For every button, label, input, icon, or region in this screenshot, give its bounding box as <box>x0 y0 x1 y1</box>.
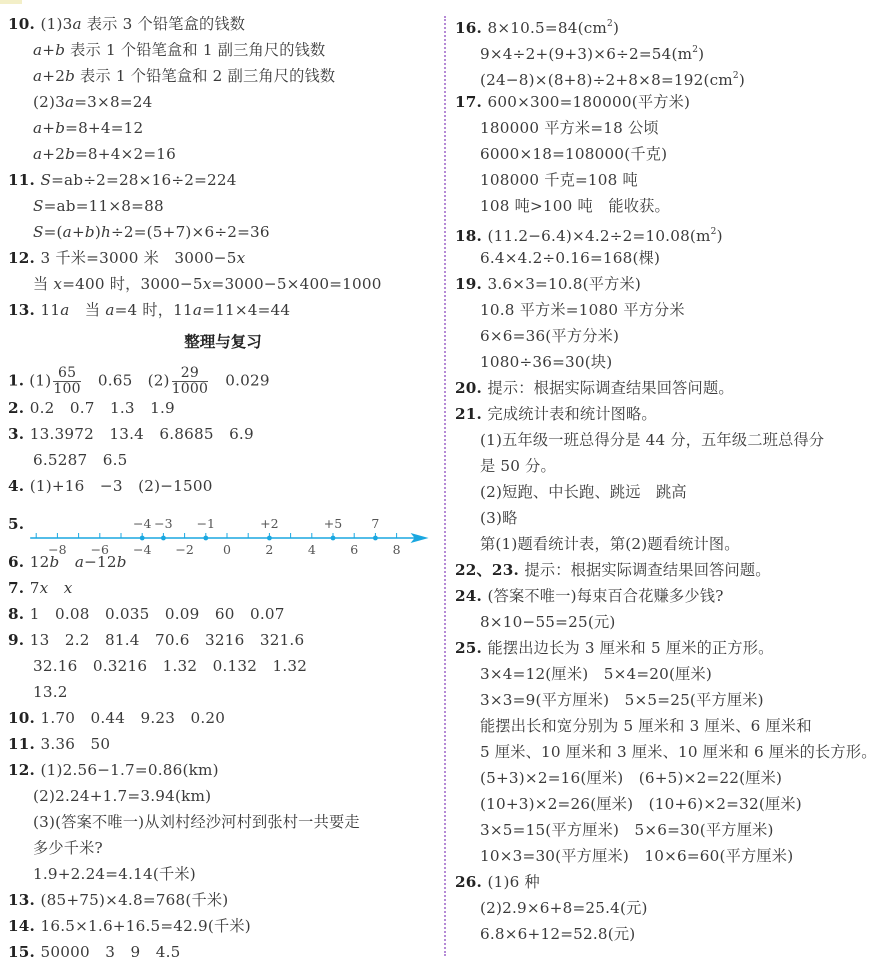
question-number: 26. <box>455 873 488 891</box>
answer-text: (2)2.24+1.7=3.94(km) <box>33 787 211 805</box>
answer-text: 32.16 0.3216 1.32 0.132 1.32 <box>33 657 307 675</box>
answer-text: 多少千米? <box>33 839 103 857</box>
answer-line: 是 50 分。 <box>480 456 556 476</box>
question-number: 2. <box>8 399 30 417</box>
answer-line: 6.8×6+12=52.8(元) <box>480 924 635 944</box>
answer-line: 多少千米? <box>33 838 103 858</box>
section-heading: 整理与复习 <box>8 330 438 352</box>
answer-text: 108 吨>100 吨 能收获。 <box>480 197 670 215</box>
question-number: 17. <box>455 93 488 111</box>
answer-text: S=ab=11×8=88 <box>33 197 164 215</box>
answer-text: a+b 表示 1 个铅笔盒和 1 副三角尺的钱数 <box>33 41 325 59</box>
question-number: 12. <box>8 761 41 779</box>
answer-line: 12. 3 千米=3000 米 3000−5x <box>8 248 245 268</box>
answer-text: (5+3)×2=16(厘米) (6+5)×2=22(厘米) <box>480 769 782 787</box>
answer-text: 11a 当 a=4 时，11a=11×4=44 <box>41 301 291 319</box>
answer-text: 第(1)题看统计表，第(2)题看统计图。 <box>480 535 740 553</box>
question-number: 13. <box>8 891 41 909</box>
svg-text:−1: −1 <box>197 516 215 531</box>
answer-text: (11.2−6.4)×4.2÷2=10.08(m2) <box>488 227 723 245</box>
answer-text: (3)略 <box>480 509 518 527</box>
question-number: 15. <box>8 943 41 961</box>
answer-text: 16.5×1.6+16.5=42.9(千米) <box>41 917 251 935</box>
answer-line: (2)2.9×6+8=25.4(元) <box>480 898 648 918</box>
svg-text:−3: −3 <box>154 516 172 531</box>
answer-line: 11. 3.36 50 <box>8 734 110 754</box>
question-number: 25. <box>455 639 488 657</box>
question-number: 19. <box>455 275 488 293</box>
answer-line: 1080÷36=30(块) <box>480 352 612 372</box>
answer-text: 提示：根据实际调查结果回答问题。 <box>524 561 770 579</box>
answer-text: 50000 3 9 4.5 <box>41 943 181 961</box>
answer-text: 1080÷36=30(块) <box>480 353 612 371</box>
answer-line: 5 厘米、10 厘米和 3 厘米、10 厘米和 6 厘米的长方形。 <box>480 742 877 762</box>
answer-text: 8×10−55=25(元) <box>480 613 615 631</box>
answer-line: (1)五年级一班总得分是 44 分，五年级二班总得分 <box>480 430 824 450</box>
answer-text: 0.2 0.7 1.3 1.9 <box>30 399 175 417</box>
answer-text: 6.5287 6.5 <box>33 451 127 469</box>
answer-line: 第(1)题看统计表，第(2)题看统计图。 <box>480 534 740 554</box>
answer-text: 10×3=30(平方厘米) 10×6=60(平方厘米) <box>480 847 793 865</box>
answer-text: 180000 平方米=18 公顷 <box>480 119 659 137</box>
answer-line: 32.16 0.3216 1.32 0.132 1.32 <box>33 656 307 676</box>
question-number: 6. <box>8 553 30 571</box>
answer-text: 9×4÷2+(9+3)×6÷2=54(m2) <box>480 45 704 63</box>
answer-text: 12b a−12b <box>30 553 127 571</box>
question-number: 8. <box>8 605 30 623</box>
answer-text: (3)(答案不唯一)从刘村经沙河村到张村一共要走 <box>33 813 360 831</box>
answer-line: a+b=8+4=12 <box>33 118 143 138</box>
answer-text: 6000×18=108000(千克) <box>480 145 667 163</box>
answer-line: a+2b=8+4×2=16 <box>33 144 176 164</box>
fraction-29-1000: 291000 <box>172 366 208 397</box>
answer-text: (1)+16 −3 (2)−1500 <box>30 477 213 495</box>
answer-text: 1.70 0.44 9.23 0.20 <box>41 709 226 727</box>
answer-text: (1)6 种 <box>488 873 540 891</box>
answer-line: a+b 表示 1 个铅笔盒和 1 副三角尺的钱数 <box>33 40 325 60</box>
answer-text: 是 50 分。 <box>480 457 556 475</box>
answer-line: 6. 12b a−12b <box>8 552 127 572</box>
question-number: 10. <box>8 15 41 33</box>
question-number: 7. <box>8 579 30 597</box>
answer-line: 10×3=30(平方厘米) 10×6=60(平方厘米) <box>480 846 793 866</box>
svg-text:−4: −4 <box>133 542 151 557</box>
answer-line: S=ab=11×8=88 <box>33 196 164 216</box>
answer-line: 3×5=15(平方厘米) 5×6=30(平方厘米) <box>480 820 774 840</box>
answer-text: 1 0.08 0.035 0.09 60 0.07 <box>30 605 285 623</box>
answer-text: (2)3a=3×8=24 <box>33 93 152 111</box>
answer-line: 4. (1)+16 −3 (2)−1500 <box>8 476 213 496</box>
answer-text: (24−8)×(8+8)÷2+8×8=192(cm2) <box>480 71 745 89</box>
answer-line: 15. 50000 3 9 4.5 <box>8 942 180 962</box>
answer-text: 3.36 50 <box>41 735 111 753</box>
question-number: 18. <box>455 227 488 245</box>
answer-line: 16. 8×10.5=84(cm2) <box>455 14 619 38</box>
answer-line: 10. 1.70 0.44 9.23 0.20 <box>8 708 225 728</box>
question-number: 13. <box>8 301 41 319</box>
answer-text: (10+3)×2=26(厘米) (10+6)×2=32(厘米) <box>480 795 802 813</box>
answer-line: (5+3)×2=16(厘米) (6+5)×2=22(厘米) <box>480 768 782 788</box>
question-number: 10. <box>8 709 41 727</box>
answer-line: 14. 16.5×1.6+16.5=42.9(千米) <box>8 916 251 936</box>
question-number: 14. <box>8 917 41 935</box>
page-corner-mark <box>0 0 22 4</box>
answer-text: 5 厘米、10 厘米和 3 厘米、10 厘米和 6 厘米的长方形。 <box>480 743 877 761</box>
column-divider <box>444 16 446 956</box>
answer-text: 3×3=9(平方厘米) 5×5=25(平方厘米) <box>480 691 764 709</box>
answer-text: 6.8×6+12=52.8(元) <box>480 925 635 943</box>
answer-line: 3. 13.3972 13.4 6.8685 6.9 <box>8 424 254 444</box>
answer-text: 6×6=36(平方分米) <box>480 327 619 345</box>
answer-line: 3×4=12(厘米) 5×4=20(厘米) <box>480 664 712 684</box>
answer-text: a+2b=8+4×2=16 <box>33 145 176 163</box>
answer-text: 3×5=15(平方厘米) 5×6=30(平方厘米) <box>480 821 774 839</box>
answer-line: 18. (11.2−6.4)×4.2÷2=10.08(m2) <box>455 222 723 246</box>
answer-text: 6.4×4.2÷0.16=168(棵) <box>480 249 660 267</box>
answer-text: 13.3972 13.4 6.8685 6.9 <box>30 425 254 443</box>
svg-text:8: 8 <box>393 542 401 557</box>
answer-line: 180000 平方米=18 公顷 <box>480 118 659 138</box>
svg-text:2: 2 <box>265 542 273 557</box>
answer-text: 能摆出长和宽分别为 5 厘米和 3 厘米、6 厘米和 <box>480 717 812 735</box>
answer-line: 108000 千克=108 吨 <box>480 170 638 190</box>
answer-line: 7. 7x x <box>8 578 73 598</box>
review-question-1: 1. (1)65100 0.65 (2)291000 0.029 <box>8 366 270 397</box>
answer-line: 1.9+2.24=4.14(千米) <box>33 864 196 884</box>
svg-text:+5: +5 <box>324 516 342 531</box>
answer-line: 11. S=ab÷2=28×16÷2=224 <box>8 170 237 190</box>
answer-line: 10. (1)3a 表示 3 个铅笔盒的钱数 <box>8 14 245 34</box>
answer-text: (1)五年级一班总得分是 44 分，五年级二班总得分 <box>480 431 824 449</box>
answer-line: (3)略 <box>480 508 518 528</box>
question-number: 21. <box>455 405 488 423</box>
question-number: 12. <box>8 249 41 267</box>
answer-line: 13.2 <box>33 682 68 702</box>
svg-text:0: 0 <box>223 542 231 557</box>
answer-line: 21. 完成统计表和统计图略。 <box>455 404 657 424</box>
answer-text: 1.9+2.24=4.14(千米) <box>33 865 196 883</box>
svg-text:+2: +2 <box>260 516 278 531</box>
svg-text:4: 4 <box>308 542 316 557</box>
answer-text: 当 x=400 时，3000−5x=3000−5×400=1000 <box>33 275 382 293</box>
answer-text: 13.2 <box>33 683 68 701</box>
answer-line: 24. (答案不唯一)每束百合花赚多少钱? <box>455 586 724 606</box>
answer-text: 10.8 平方米=1080 平方分米 <box>480 301 685 319</box>
answer-text: 108000 千克=108 吨 <box>480 171 638 189</box>
question-number: 16. <box>455 19 488 37</box>
answer-line: 当 x=400 时，3000−5x=3000−5×400=1000 <box>33 274 382 294</box>
answer-text: a+2b 表示 1 个铅笔盒和 2 副三角尺的钱数 <box>33 67 335 85</box>
answer-text: 13 2.2 81.4 70.6 3216 321.6 <box>30 631 305 649</box>
answer-text: 3.6×3=10.8(平方米) <box>488 275 642 293</box>
answer-line: 9×4÷2+(9+3)×6÷2=54(m2) <box>480 40 704 64</box>
answer-line: 22、23. 提示：根据实际调查结果回答问题。 <box>455 560 771 580</box>
svg-text:−2: −2 <box>175 542 193 557</box>
answer-line: 25. 能摆出边长为 3 厘米和 5 厘米的正方形。 <box>455 638 774 658</box>
question-number: 22、23. <box>455 561 524 579</box>
answer-text: 完成统计表和统计图略。 <box>488 405 657 423</box>
question-number: 3. <box>8 425 30 443</box>
answer-text: (1)3a 表示 3 个铅笔盒的钱数 <box>41 15 246 33</box>
answer-line: 17. 600×300=180000(平方米) <box>455 92 690 112</box>
question-number: 20. <box>455 379 488 397</box>
answer-line: 3×3=9(平方厘米) 5×5=25(平方厘米) <box>480 690 764 710</box>
answer-line: 2. 0.2 0.7 1.3 1.9 <box>8 398 175 418</box>
answer-line: 6×6=36(平方分米) <box>480 326 619 346</box>
answer-line: 10.8 平方米=1080 平方分米 <box>480 300 685 320</box>
answer-text: a+b=8+4=12 <box>33 119 143 137</box>
answer-line: 6.4×4.2÷0.16=168(棵) <box>480 248 660 268</box>
answer-line: 19. 3.6×3=10.8(平方米) <box>455 274 641 294</box>
answer-text: 3 千米=3000 米 3000−5x <box>41 249 246 267</box>
answer-line: 108 吨>100 吨 能收获。 <box>480 196 670 216</box>
answer-text: 8×10.5=84(cm2) <box>488 19 620 37</box>
answer-line: S=(a+b)h÷2=(5+7)×6÷2=36 <box>33 222 270 242</box>
answer-line: 13. (85+75)×4.8=768(千米) <box>8 890 228 910</box>
answer-text: 7x x <box>30 579 73 597</box>
answer-line: (2)短跑、中长跑、跳远 跳高 <box>480 482 687 502</box>
answer-text: (2)2.9×6+8=25.4(元) <box>480 899 648 917</box>
answer-text: 提示：根据实际调查结果回答问题。 <box>488 379 734 397</box>
answer-line: 8×10−55=25(元) <box>480 612 615 632</box>
answer-line: (2)3a=3×8=24 <box>33 92 152 112</box>
answer-text: S=ab÷2=28×16÷2=224 <box>41 171 237 189</box>
answer-line: 6000×18=108000(千克) <box>480 144 667 164</box>
answer-text: 3×4=12(厘米) 5×4=20(厘米) <box>480 665 712 683</box>
answer-line: 26. (1)6 种 <box>455 872 540 892</box>
fraction-65-100: 65100 <box>53 366 80 397</box>
answer-text: S=(a+b)h÷2=(5+7)×6÷2=36 <box>33 223 270 241</box>
answer-line: a+2b 表示 1 个铅笔盒和 2 副三角尺的钱数 <box>33 66 335 86</box>
svg-text:−4: −4 <box>133 516 151 531</box>
answer-line: 13. 11a 当 a=4 时，11a=11×4=44 <box>8 300 290 320</box>
answer-line: (24−8)×(8+8)÷2+8×8=192(cm2) <box>480 66 745 90</box>
answer-line: 8. 1 0.08 0.035 0.09 60 0.07 <box>8 604 285 624</box>
question-number: 11. <box>8 735 41 753</box>
svg-text:6: 6 <box>350 542 358 557</box>
answer-line: 12. (1)2.56−1.7=0.86(km) <box>8 760 219 780</box>
answer-line: (3)(答案不唯一)从刘村经沙河村到张村一共要走 <box>33 812 360 832</box>
answer-line: 20. 提示：根据实际调查结果回答问题。 <box>455 378 734 398</box>
answer-line: (2)2.24+1.7=3.94(km) <box>33 786 211 806</box>
answer-text: 能摆出边长为 3 厘米和 5 厘米的正方形。 <box>488 639 774 657</box>
answer-text: (1)2.56−1.7=0.86(km) <box>41 761 219 779</box>
answer-text: (85+75)×4.8=768(千米) <box>41 891 229 909</box>
answer-line: 6.5287 6.5 <box>33 450 127 470</box>
svg-text:7: 7 <box>371 516 379 531</box>
question-number: 24. <box>455 587 488 605</box>
answer-line: 能摆出长和宽分别为 5 厘米和 3 厘米、6 厘米和 <box>480 716 812 736</box>
answer-line: (10+3)×2=26(厘米) (10+6)×2=32(厘米) <box>480 794 802 814</box>
answer-line: 9. 13 2.2 81.4 70.6 3216 321.6 <box>8 630 304 650</box>
question-number: 9. <box>8 631 30 649</box>
answer-text: (答案不唯一)每束百合花赚多少钱? <box>488 587 724 605</box>
answer-text: (2)短跑、中长跑、跳远 跳高 <box>480 483 687 501</box>
answer-text: 600×300=180000(平方米) <box>488 93 691 111</box>
question-number: 11. <box>8 171 41 189</box>
question-number: 4. <box>8 477 30 495</box>
